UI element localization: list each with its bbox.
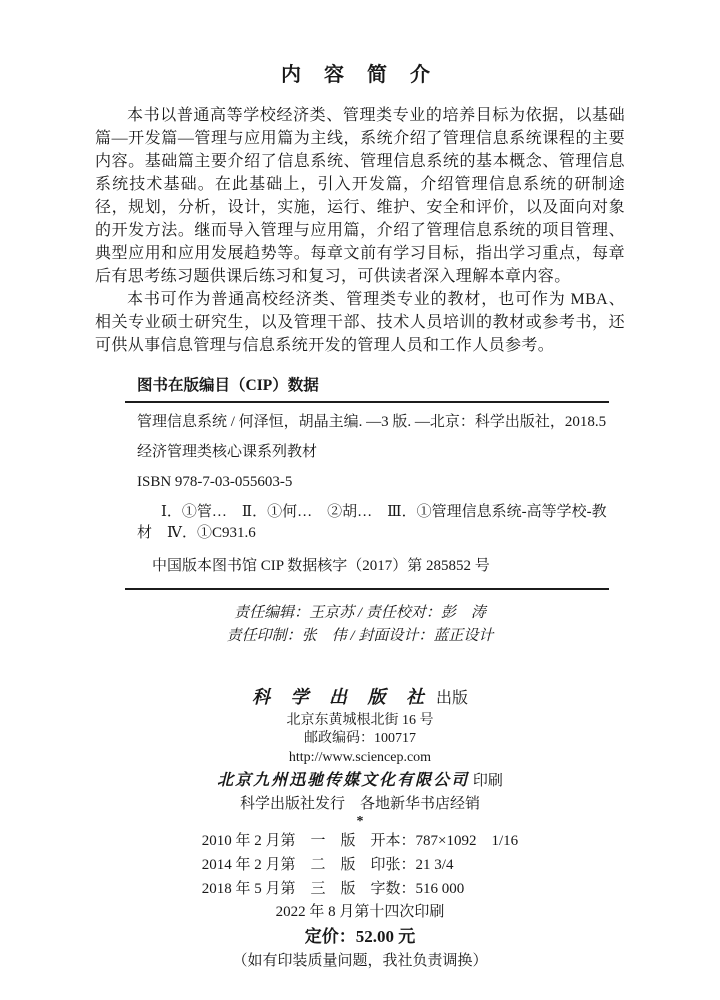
- cip-heading: 图书在版编目（CIP）数据: [125, 375, 609, 396]
- postal-code: 邮政编码：100717: [0, 730, 720, 748]
- publisher-name: 科 学 出 版 社: [252, 687, 432, 707]
- page-content: 内 容 简 介 本书以普通高等学校经济类、管理类专业的培养目标为依据，以基础篇—…: [0, 0, 720, 648]
- printer-line: 北京九州迅驰传媒文化有限公司 印刷: [0, 769, 720, 793]
- cip-title-line: 管理信息系统 / 何泽恒，胡晶主编. —3 版. —北京：科学出版社，2018.…: [137, 412, 607, 433]
- editorial-staff: 责任编辑：王京苏 / 责任校对：彭 涛 责任印制：张 伟 / 封面设计：蓝正设计: [95, 602, 625, 648]
- edition-history: 2010 年 2 月第 一 版 开本：787×1092 1/16 2014 年 …: [202, 829, 518, 901]
- page-title: 内 容 简 介: [95, 0, 625, 90]
- publisher-website: http://www.sciencep.com: [0, 748, 720, 767]
- staff-print-design-line: 责任印制：张 伟 / 封面设计：蓝正设计: [95, 625, 625, 648]
- cip-series-line: 经济管理类核心课系列教材: [137, 442, 607, 463]
- printer-suffix: 印刷: [469, 773, 503, 789]
- edition-line-2: 2014 年 2 月第 二 版 印张：21 3/4: [202, 853, 518, 877]
- publisher-address: 北京东黄城根北街 16 号: [0, 711, 720, 730]
- content-summary: 本书以普通高等学校经济类、管理类专业的培养目标为依据，以基础篇—开发篇—管理与应…: [95, 104, 625, 357]
- staff-editors-line: 责任编辑：王京苏 / 责任校对：彭 涛: [95, 602, 625, 625]
- summary-paragraph-2: 本书可作为普通高校经济类、管理类专业的教材，也可作为 MBA、相关专业硕士研究生…: [95, 288, 625, 357]
- quality-note: （如有印装质量问题，我社负责调换）: [0, 949, 720, 973]
- edition-line-3: 2018 年 5 月第 三 版 字数：516 000: [202, 877, 518, 901]
- separator-star: *: [0, 815, 720, 829]
- cip-data-block: 图书在版编目（CIP）数据 管理信息系统 / 何泽恒，胡晶主编. —3 版. —…: [125, 375, 609, 590]
- cip-registry-number: 中国版本图书馆 CIP 数据核字（2017）第 285852 号: [137, 556, 607, 577]
- cip-classification: Ⅰ．①管… Ⅱ．①何… ②胡… Ⅲ．①管理信息系统-高等学校-教材 Ⅳ．①C93…: [137, 502, 607, 544]
- colophon: 科 学 出 版 社 出版 北京东黄城根北街 16 号 邮政编码：100717 h…: [0, 685, 720, 973]
- cip-isbn: ISBN 978-7-03-055603-5: [137, 472, 607, 493]
- printer-name: 北京九州迅驰传媒文化有限公司: [217, 772, 469, 789]
- edition-line-1: 2010 年 2 月第 一 版 开本：787×1092 1/16: [202, 829, 518, 853]
- publisher-line: 科 学 出 版 社 出版: [0, 685, 720, 711]
- printing-info: 2022 年 8 月第十四次印刷: [0, 901, 720, 924]
- cip-body: 管理信息系统 / 何泽恒，胡晶主编. —3 版. —北京：科学出版社，2018.…: [125, 401, 609, 590]
- publisher-suffix: 出版: [432, 690, 468, 707]
- distribution-line: 科学出版社发行 各地新华书店经销: [0, 793, 720, 815]
- summary-paragraph-1: 本书以普通高等学校经济类、管理类专业的培养目标为依据，以基础篇—开发篇—管理与应…: [95, 104, 625, 288]
- book-copyright-page: 内 容 简 介 本书以普通高等学校经济类、管理类专业的培养目标为依据，以基础篇—…: [0, 0, 720, 1000]
- price: 定价：52.00 元: [0, 924, 720, 949]
